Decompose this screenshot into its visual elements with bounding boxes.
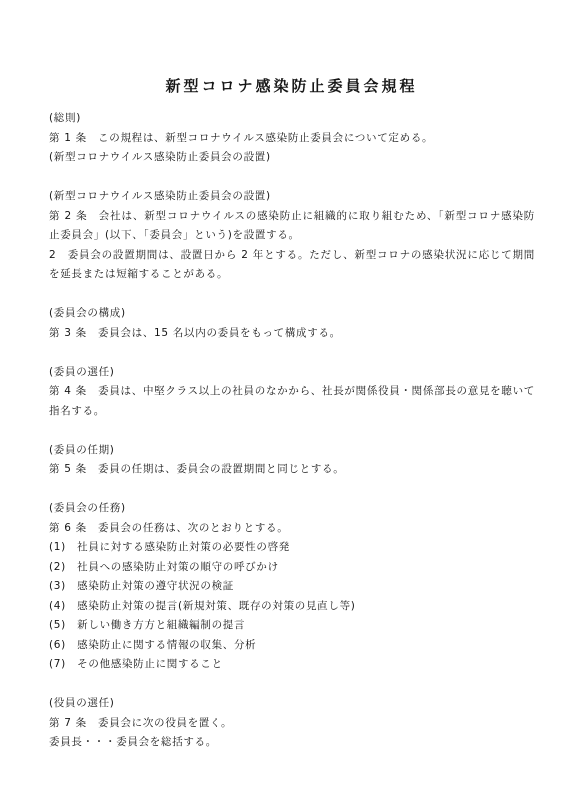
list-item: (5) 新しい働き方方と組織編制の提言 bbox=[49, 616, 535, 636]
document-title: 新型コロナ感染防止委員会規程 bbox=[0, 76, 583, 96]
section-heading: (委員会の任務) bbox=[49, 499, 535, 519]
document-body: (総則)第 1 条 この規程は、新型コロナウイルス感染防止委員会について定める。… bbox=[49, 109, 535, 753]
list-item: (6) 感染防止に関する情報の収集、分析 bbox=[49, 636, 535, 656]
section-heading: (委員の任期) bbox=[49, 441, 535, 461]
paragraph-line: 第 2 条 会社は、新型コロナウイルスの感染防止に組織的に取り組むため、「新型コ… bbox=[49, 207, 535, 246]
section-heading: (委員の選任) bbox=[49, 363, 535, 383]
blank-line bbox=[49, 675, 535, 695]
list-item: (2) 社員への感染防止対策の順守の呼びかけ bbox=[49, 558, 535, 578]
blank-line bbox=[49, 285, 535, 305]
paragraph-line: 委員長・・・委員会を総括する。 bbox=[49, 733, 535, 753]
section-heading: (総則) bbox=[49, 109, 535, 129]
section-heading: (新型コロナウイルス感染防止委員会の設置) bbox=[49, 148, 535, 168]
section-heading: (委員会の構成) bbox=[49, 304, 535, 324]
paragraph-line: 第 1 条 この規程は、新型コロナウイルス感染防止委員会について定める。 bbox=[49, 129, 535, 149]
section-heading: (役員の選任) bbox=[49, 694, 535, 714]
section-heading: (新型コロナウイルス感染防止委員会の設置) bbox=[49, 187, 535, 207]
blank-line bbox=[49, 343, 535, 363]
paragraph-line: 第 7 条 委員会に次の役員を置く。 bbox=[49, 714, 535, 734]
blank-line bbox=[49, 421, 535, 441]
blank-line bbox=[49, 480, 535, 500]
paragraph-line: 第 3 条 委員会は、15 名以内の委員をもって構成する。 bbox=[49, 324, 535, 344]
paragraph-line: 2 委員会の設置期間は、設置日から 2 年とする。ただし、新型コロナの感染状況に… bbox=[49, 246, 535, 285]
list-item: (7) その他感染防止に関すること bbox=[49, 655, 535, 675]
paragraph-line: 第 4 条 委員は、中堅クラス以上の社員のなかから、社長が関係役員・関係部長の意… bbox=[49, 382, 535, 421]
list-item: (1) 社員に対する感染防止対策の必要性の啓発 bbox=[49, 538, 535, 558]
paragraph-line: 第 5 条 委員の任期は、委員会の設置期間と同じとする。 bbox=[49, 460, 535, 480]
paragraph-line: 第 6 条 委員会の任務は、次のとおりとする。 bbox=[49, 519, 535, 539]
list-item: (4) 感染防止対策の提言(新規対策、既存の対策の見直し等) bbox=[49, 597, 535, 617]
list-item: (3) 感染防止対策の遵守状況の検証 bbox=[49, 577, 535, 597]
document-page: 新型コロナ感染防止委員会規程 (総則)第 1 条 この規程は、新型コロナウイルス… bbox=[0, 0, 583, 804]
blank-line bbox=[49, 168, 535, 188]
